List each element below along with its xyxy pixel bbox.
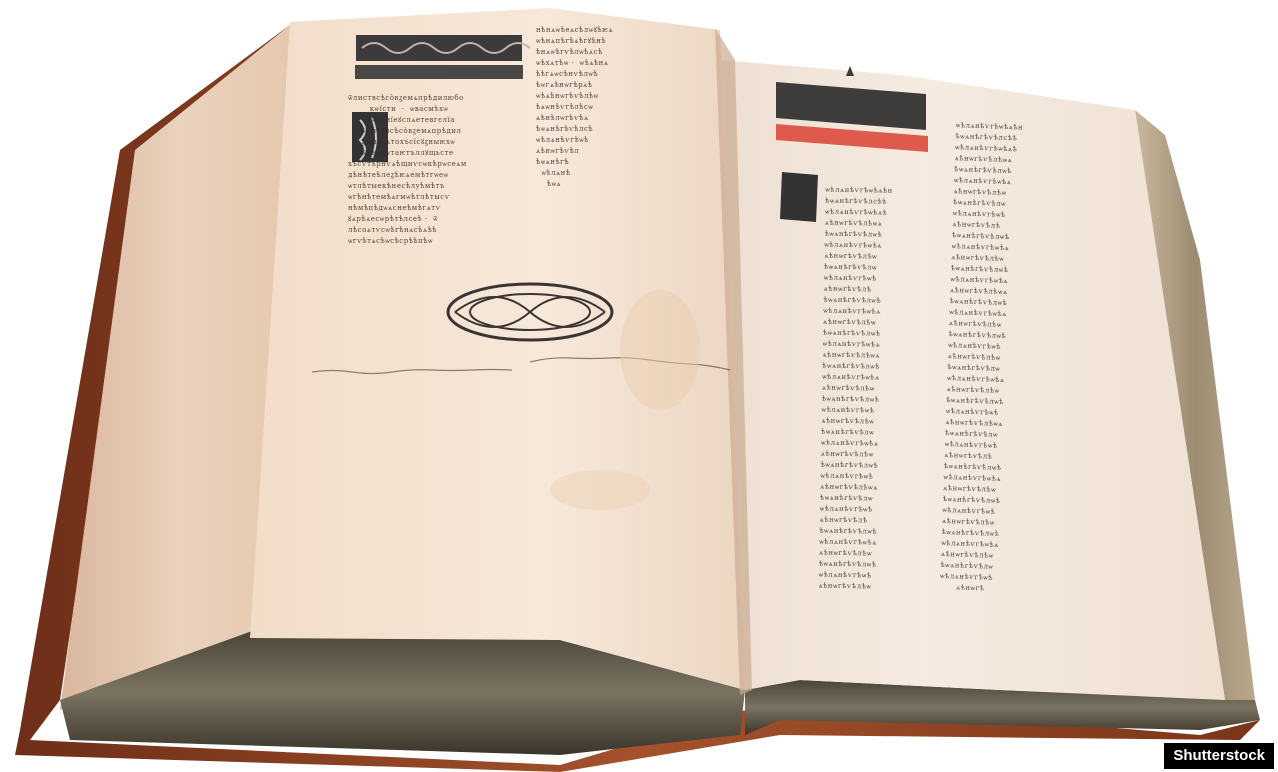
left-text-column-1: ѿлиствсѣсо̀вꙁемѧпрѣдилюбо кѡїсти · ѡвасм… [348,82,528,262]
photo-scene: ѿлиствсѣсо̀вꙁемѧпрѣдилюбо кѡїсти · ѡвасм… [0,0,1278,772]
left-header-ornament [356,35,522,61]
shutterstock-watermark: Shutterstock [1164,743,1274,769]
left-text-column-2: нѣнѧѡѣеѧсѣлѡꙋѣѥѧ ѡѣнѧпѣгѣѧѣгꙋѣнѣ ѣнѧѡѣгѵ… [536,14,711,244]
right-drop-cap [780,172,818,222]
right-text-column-2: ѡѣлѧнѣѵгѣѡѣѧѣн ѣѡѧнѣгѣѵѣлсѣѣ ѡѣлѧнѣѵгѣѡѣ… [940,109,1127,595]
left-title-line [355,65,523,79]
